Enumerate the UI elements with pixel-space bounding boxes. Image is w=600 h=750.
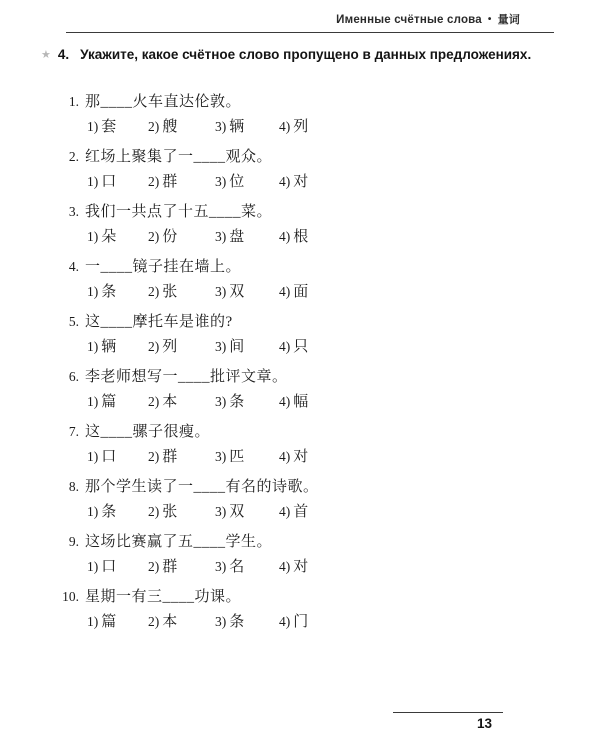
answer-option: 4)门: [279, 612, 308, 632]
option-text: 口: [101, 559, 116, 575]
book-page: Именные счётные слова•量词 ★4.Укажите, как…: [0, 0, 600, 750]
question-number: 5.: [55, 312, 79, 332]
option-text: 条: [229, 614, 244, 630]
question-number: 4.: [55, 257, 79, 277]
answer-option: 4)根: [279, 227, 308, 247]
option-text: 份: [162, 229, 177, 245]
exercise-instruction: Укажите, какое счётное слово пропущено в…: [80, 47, 531, 62]
page-number: 13: [477, 716, 492, 731]
option-label: 4): [279, 449, 290, 464]
answer-option: 2)群: [148, 447, 215, 467]
option-text: 口: [101, 174, 116, 190]
option-label: 4): [279, 229, 290, 244]
option-text: 对: [293, 449, 308, 465]
question-number: 2.: [55, 147, 79, 167]
option-label: 1): [87, 339, 98, 354]
answer-option: 2)本: [148, 392, 215, 412]
question-item: 1.那____火车直达伦敦。 1)套2)艘3)辆4)列: [55, 92, 555, 137]
option-label: 4): [279, 394, 290, 409]
question-number: 9.: [55, 532, 79, 552]
option-text: 门: [293, 614, 308, 630]
option-label: 1): [87, 284, 98, 299]
question-sentence: 这场比赛赢了五____学生。: [85, 534, 272, 550]
option-label: 1): [87, 174, 98, 189]
answer-option: 3)间: [215, 337, 279, 357]
option-text: 群: [162, 559, 177, 575]
answer-option: 1)条: [87, 282, 148, 302]
question-sentence: 我们一共点了十五____菜。: [85, 204, 272, 220]
answer-option: 2)张: [148, 282, 215, 302]
question-sentence-line: 2.红场上聚集了一____观众。: [55, 147, 555, 167]
answer-option: 4)只: [279, 337, 308, 357]
answer-option: 2)本: [148, 612, 215, 632]
option-label: 3): [215, 119, 226, 134]
option-text: 群: [162, 449, 177, 465]
option-text: 间: [229, 339, 244, 355]
question-item: 8.那个学生读了一____有名的诗歌。 1)条2)张3)双4)首: [55, 477, 555, 522]
option-label: 4): [279, 284, 290, 299]
answer-option: 3)辆: [215, 117, 279, 137]
option-text: 篇: [101, 394, 116, 410]
option-text: 列: [162, 339, 177, 355]
question-sentence-line: 7.这____骡子很瘦。: [55, 422, 555, 442]
question-number: 10.: [55, 587, 79, 607]
question-sentence-line: 6.李老师想写一____批评文章。: [55, 367, 555, 387]
option-label: 3): [215, 614, 226, 629]
header-title: Именные счётные слова: [336, 14, 482, 26]
option-label: 1): [87, 119, 98, 134]
question-options: 1)篇2)本3)条4)幅: [55, 392, 555, 412]
question-sentence-line: 9.这场比赛赢了五____学生。: [55, 532, 555, 552]
answer-option: 3)双: [215, 502, 279, 522]
question-options: 1)口2)群3)匹4)对: [55, 447, 555, 467]
option-text: 位: [229, 174, 244, 190]
answer-option: 2)列: [148, 337, 215, 357]
question-item: 3.我们一共点了十五____菜。 1)朵2)份3)盘4)根: [55, 202, 555, 247]
question-sentence-line: 8.那个学生读了一____有名的诗歌。: [55, 477, 555, 497]
question-options: 1)条2)张3)双4)面: [55, 282, 555, 302]
option-text: 朵: [101, 229, 116, 245]
option-label: 3): [215, 394, 226, 409]
question-sentence: 红场上聚集了一____观众。: [85, 149, 272, 165]
option-text: 幅: [293, 394, 308, 410]
option-text: 张: [162, 284, 177, 300]
option-label: 4): [279, 339, 290, 354]
header-rule: [66, 32, 554, 33]
answer-option: 1)篇: [87, 612, 148, 632]
option-label: 1): [87, 504, 98, 519]
option-text: 对: [293, 559, 308, 575]
option-label: 2): [148, 614, 159, 629]
option-text: 只: [293, 339, 308, 355]
question-sentence: 一____镜子挂在墙上。: [85, 259, 241, 275]
question-options: 1)套2)艘3)辆4)列: [55, 117, 555, 137]
option-label: 1): [87, 394, 98, 409]
question-item: 10.星期一有三____功课。 1)篇2)本3)条4)门: [55, 587, 555, 632]
answer-option: 4)首: [279, 502, 308, 522]
option-text: 辆: [101, 339, 116, 355]
option-label: 2): [148, 504, 159, 519]
option-label: 3): [215, 504, 226, 519]
question-options: 1)口2)群3)位4)对: [55, 172, 555, 192]
answer-option: 2)群: [148, 557, 215, 577]
header-separator-dot: •: [488, 14, 492, 25]
answer-option: 3)名: [215, 557, 279, 577]
question-sentence-line: 1.那____火车直达伦敦。: [55, 92, 555, 112]
option-text: 根: [293, 229, 308, 245]
answer-option: 4)对: [279, 172, 308, 192]
option-label: 3): [215, 339, 226, 354]
option-label: 3): [215, 559, 226, 574]
question-options: 1)条2)张3)双4)首: [55, 502, 555, 522]
option-text: 首: [293, 504, 308, 520]
option-text: 口: [101, 449, 116, 465]
option-label: 3): [215, 174, 226, 189]
answer-option: 4)幅: [279, 392, 308, 412]
question-item: 7.这____骡子很瘦。 1)口2)群3)匹4)对: [55, 422, 555, 467]
answer-option: 3)位: [215, 172, 279, 192]
option-text: 篇: [101, 614, 116, 630]
answer-option: 1)条: [87, 502, 148, 522]
option-label: 2): [148, 449, 159, 464]
question-sentence-line: 4.一____镜子挂在墙上。: [55, 257, 555, 277]
option-text: 本: [162, 614, 177, 630]
question-item: 9.这场比赛赢了五____学生。 1)口2)群3)名4)对: [55, 532, 555, 577]
option-label: 2): [148, 229, 159, 244]
question-options: 1)朵2)份3)盘4)根: [55, 227, 555, 247]
question-item: 2.红场上聚集了一____观众。 1)口2)群3)位4)对: [55, 147, 555, 192]
question-sentence-line: 5.这____摩托车是谁的?: [55, 312, 555, 332]
question-number: 1.: [55, 92, 79, 112]
star-icon: ★: [41, 49, 51, 61]
option-label: 4): [279, 559, 290, 574]
question-number: 8.: [55, 477, 79, 497]
answer-option: 3)双: [215, 282, 279, 302]
question-list: 1.那____火车直达伦敦。 1)套2)艘3)辆4)列 2.红场上聚集了一___…: [55, 92, 555, 642]
option-text: 条: [229, 394, 244, 410]
answer-option: 2)张: [148, 502, 215, 522]
question-sentence: 李老师想写一____批评文章。: [85, 369, 288, 385]
question-sentence: 那____火车直达伦敦。: [85, 94, 241, 110]
option-text: 双: [229, 284, 244, 300]
answer-option: 1)口: [87, 557, 148, 577]
option-text: 名: [229, 559, 244, 575]
option-text: 匹: [229, 449, 244, 465]
answer-option: 1)朵: [87, 227, 148, 247]
question-sentence-line: 10.星期一有三____功课。: [55, 587, 555, 607]
header-chinese-term: 量词: [498, 14, 520, 26]
option-label: 1): [87, 449, 98, 464]
question-sentence-line: 3.我们一共点了十五____菜。: [55, 202, 555, 222]
exercise-number: 4.: [58, 47, 69, 62]
option-text: 艘: [162, 119, 177, 135]
option-label: 2): [148, 174, 159, 189]
question-number: 6.: [55, 367, 79, 387]
question-item: 4.一____镜子挂在墙上。 1)条2)张3)双4)面: [55, 257, 555, 302]
option-text: 列: [293, 119, 308, 135]
answer-option: 1)口: [87, 447, 148, 467]
answer-option: 4)面: [279, 282, 308, 302]
question-sentence: 星期一有三____功课。: [85, 589, 241, 605]
option-label: 3): [215, 229, 226, 244]
option-label: 2): [148, 559, 159, 574]
option-text: 张: [162, 504, 177, 520]
question-sentence: 那个学生读了一____有名的诗歌。: [85, 479, 319, 495]
question-item: 6.李老师想写一____批评文章。 1)篇2)本3)条4)幅: [55, 367, 555, 412]
footer-rule: [393, 712, 503, 713]
option-text: 面: [293, 284, 308, 300]
option-text: 本: [162, 394, 177, 410]
option-label: 2): [148, 394, 159, 409]
question-sentence: 这____骡子很瘦。: [85, 424, 210, 440]
answer-option: 2)群: [148, 172, 215, 192]
option-label: 4): [279, 174, 290, 189]
option-text: 对: [293, 174, 308, 190]
option-text: 辆: [229, 119, 244, 135]
option-label: 3): [215, 449, 226, 464]
option-label: 4): [279, 119, 290, 134]
question-sentence: 这____摩托车是谁的?: [85, 314, 233, 330]
answer-option: 1)篇: [87, 392, 148, 412]
option-text: 群: [162, 174, 177, 190]
option-text: 套: [101, 119, 116, 135]
question-options: 1)篇2)本3)条4)门: [55, 612, 555, 632]
page-header: Именные счётные слова•量词: [336, 11, 520, 27]
option-label: 4): [279, 614, 290, 629]
option-text: 条: [101, 504, 116, 520]
option-label: 2): [148, 339, 159, 354]
option-text: 双: [229, 504, 244, 520]
option-label: 4): [279, 504, 290, 519]
question-number: 7.: [55, 422, 79, 442]
answer-option: 4)对: [279, 447, 308, 467]
question-options: 1)口2)群3)名4)对: [55, 557, 555, 577]
answer-option: 3)盘: [215, 227, 279, 247]
question-item: 5.这____摩托车是谁的? 1)辆2)列3)间4)只: [55, 312, 555, 357]
option-text: 条: [101, 284, 116, 300]
option-label: 2): [148, 284, 159, 299]
answer-option: 1)套: [87, 117, 148, 137]
answer-option: 3)匹: [215, 447, 279, 467]
answer-option: 4)列: [279, 117, 308, 137]
answer-option: 1)口: [87, 172, 148, 192]
answer-option: 3)条: [215, 392, 279, 412]
option-text: 盘: [229, 229, 244, 245]
option-label: 2): [148, 119, 159, 134]
answer-option: 1)辆: [87, 337, 148, 357]
option-label: 3): [215, 284, 226, 299]
answer-option: 2)份: [148, 227, 215, 247]
option-label: 1): [87, 229, 98, 244]
option-label: 1): [87, 559, 98, 574]
exercise-heading: ★4.Укажите, какое счётное слово пропущен…: [41, 46, 581, 65]
question-options: 1)辆2)列3)间4)只: [55, 337, 555, 357]
answer-option: 3)条: [215, 612, 279, 632]
question-number: 3.: [55, 202, 79, 222]
answer-option: 4)对: [279, 557, 308, 577]
answer-option: 2)艘: [148, 117, 215, 137]
option-label: 1): [87, 614, 98, 629]
